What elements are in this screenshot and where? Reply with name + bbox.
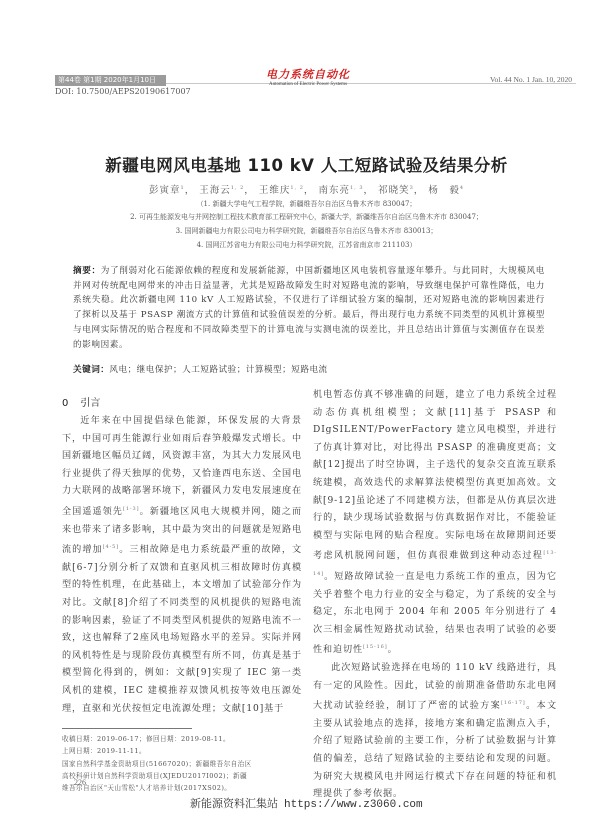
author-name: 彭寅章 [149,185,181,196]
text-run: 。三相故障是电力系统最严重的故障，文献[6-7]分别分析了双馈和直驱风机三相故障… [62,545,302,713]
citation-ref[interactable]: [1-3] [123,506,139,512]
abstract-text: 为了削弱对化石能源依赖的程度和发展新能源，中国新疆地区风电装机容量逐年攀升。与此… [73,266,545,350]
paragraph: 机电暂态仿真不够准确的问题，建立了电力系统全过程动态仿真机组模型；文献[11]基… [313,387,557,660]
footnote-rule [62,728,192,729]
footnote-line: 上网日期：2019-11-11。 [62,745,302,757]
section-heading: 0引言 [62,394,100,409]
abstract: 摘要：为了削弱对化石能源依赖的程度和发展新能源，中国新疆地区风电装机容量逐年攀升… [73,264,545,352]
body-column-right: 机电暂态仿真不够准确的问题，建立了电力系统全过程动态仿真机组模型；文献[11]基… [313,387,557,804]
author-name: 王海云 [199,185,231,196]
volume-info: Vol. 44 No. 1 Jan. 10, 2020 [490,75,572,84]
author-name: 祁晓笑 [378,185,410,196]
author-affil-sup: 1, 3 [350,185,364,191]
journal-title-en: Automation of Electric Power Systems [258,81,358,88]
footnote-line: 国家自然科学基金资助项目(51667020)；新疆维吾尔自治区 [62,758,302,770]
section-title: 引言 [80,398,100,409]
text-run: 近年来在中国提倡绿色能源，环保发展的大背景下，中国可再生能源行业如雨后春笋般爆发… [62,416,302,517]
text-run: 。 [388,645,398,655]
page-number: 226 [74,778,86,787]
affiliation-3: 3. 国网新疆电力有限公司电力科学研究院，新疆维吾尔自治区乌鲁木齐市 83001… [0,226,613,236]
separator: ， [185,185,196,196]
author-affil-sup: 1, 2 [231,185,245,191]
separator: ， [364,185,375,196]
footnote-line: 高校科研计划自然科学资助项目(XJEDU2017I002)；新疆 [62,770,302,782]
paragraph: 近年来在中国提倡绿色能源，环保发展的大背景下，中国可再生能源行业如雨后春笋般爆发… [62,413,302,718]
author-name: 杨 毅 [428,185,460,196]
affiliation-1: （1. 新疆大学电气工程学院，新疆维吾尔自治区乌鲁木齐市 830047； [0,199,613,209]
separator: ， [414,185,425,196]
watermark-text: 新能源资料汇集站 [190,797,278,810]
citation-ref[interactable]: [15-16] [363,644,388,650]
abstract-label: 摘要： [73,266,101,276]
affiliation-4: 4. 国网江苏省电力有限公司电力科学研究院，江苏省南京市 211103） [0,240,613,250]
citation-ref[interactable]: [16-17] [501,700,526,706]
keywords: 关键词：风电；继电保护；人工短路试验；计算模型；短路电流 [73,363,545,377]
author-name: 南东亮 [318,185,350,196]
paper-title: 新疆电网风电基地 110 kV 人工短路试验及结果分析 [0,152,613,176]
keywords-label: 关键词： [73,365,109,375]
citation-ref[interactable]: [4-5] [103,544,119,550]
watermark: 新能源资料汇集站https://www.z3060.com [190,795,423,811]
author-name: 王维庆 [259,185,291,196]
author-affil-sup: 4 [460,185,464,191]
paragraph: 此次短路试验选择在电场的 110 kV 线路进行，具有一定的风险性。因此，试验的… [313,660,557,804]
section-number: 0 [62,398,68,409]
doi-text: DOI: 10.7500/AEPS20190617007 [55,87,191,96]
keywords-text: 风电；继电保护；人工短路试验；计算模型；短路电流 [109,365,327,375]
footnote-line: 收稿日期：2019-06-17；修回日期：2019-08-11。 [62,733,302,745]
watermark-url[interactable]: https://www.z3060.com [284,799,423,811]
footnotes: 收稿日期：2019-06-17；修回日期：2019-08-11。 上网日期：20… [62,733,302,794]
body-column-left: 近年来在中国提倡绿色能源，环保发展的大背景下，中国可再生能源行业如雨后春笋般爆发… [62,413,302,718]
separator: ， [244,185,255,196]
text-run: 。短路故障试验一直是电力系统工作的重点，因为它关乎着整个电力行业的安全与稳定，为… [313,572,557,655]
author-list: 彭寅章1， 王海云1, 2， 王维庆1, 2， 南东亮1, 3， 祁晓笑3， 杨… [0,182,613,196]
text-run: 。本文主要从试验地点的选择，接地方案和确定监测点入手，介绍了短路试验前的主要工作… [313,701,557,799]
separator: ， [304,185,315,196]
affiliation-2: 2. 可再生能源发电与并网控制工程技术教育部工程研究中心，新疆大学，新疆维吾尔自… [0,212,613,222]
journal-title-cn: 电力系统自动化 [258,68,358,81]
text-run: 机电暂态仿真不够准确的问题，建立了电力系统全过程动态仿真机组模型；文献[11]基… [313,390,557,561]
footnote-line: 维吾尔自治区"天山雪松"人才培养计划(2017XS02)。 [62,782,302,794]
issue-badge: 第44卷 第1期 2020年1月10日 [55,75,166,86]
journal-logo: 电力系统自动化 Automation of Electric Power Sys… [258,68,358,88]
author-affil-sup: 1, 2 [290,185,304,191]
